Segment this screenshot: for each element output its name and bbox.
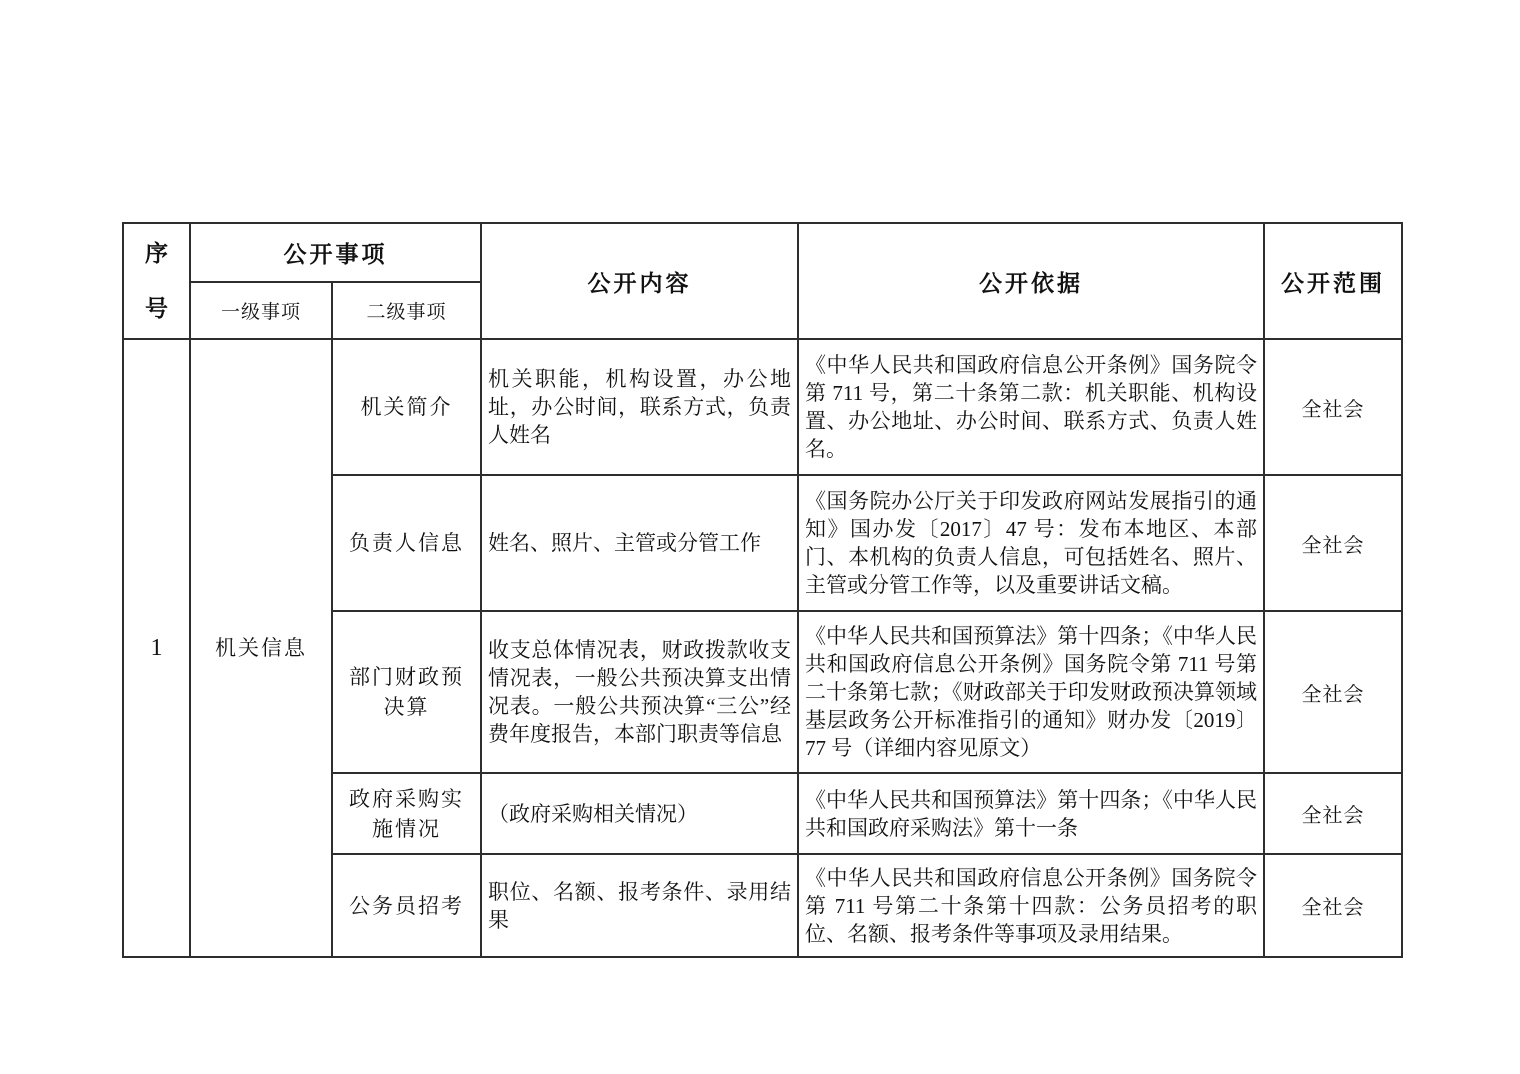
level2-item-cell: 负责人信息 — [332, 475, 481, 611]
level2-item-cell: 机关简介 — [332, 339, 481, 475]
content-cell: 机关职能，机构设置，办公地址，办公时间，联系方式，负责人姓名 — [481, 339, 798, 475]
header-level2: 二级事项 — [332, 282, 481, 340]
content-cell: 职位、名额、报考条件、录用结果 — [481, 854, 798, 957]
header-content: 公开内容 — [481, 223, 798, 339]
header-serial-no: 序号 — [123, 223, 190, 339]
scope-cell: 全社会 — [1264, 475, 1402, 611]
level2-item-cell: 部门财政预决算 — [332, 611, 481, 773]
content-cell: 收支总体情况表，财政拨款收支情况表，一般公共预决算支出情况表。一般公共预决算“三… — [481, 611, 798, 773]
header-basis: 公开依据 — [798, 223, 1264, 339]
disclosure-table: 序号 公开事项 公开内容 公开依据 公开范围 一级事项 二级事项 1 机关信息 … — [122, 222, 1403, 958]
scope-cell: 全社会 — [1264, 611, 1402, 773]
basis-cell: 《中华人民共和国政府信息公开条例》国务院令第 711 号第二十条第十四款：公务员… — [798, 854, 1264, 957]
header-serial-no-label: 序号 — [143, 226, 169, 336]
serial-number-cell: 1 — [123, 339, 190, 957]
scope-cell: 全社会 — [1264, 339, 1402, 475]
basis-cell: 《中华人民共和国预算法》第十四条；《中华人民共和国政府采购法》第十一条 — [798, 773, 1264, 854]
header-scope: 公开范围 — [1264, 223, 1402, 339]
level2-item-cell: 政府采购实施情况 — [332, 773, 481, 854]
header-row-main: 序号 公开事项 公开内容 公开依据 公开范围 — [123, 223, 1402, 282]
content-cell: 姓名、照片、主管或分管工作 — [481, 475, 798, 611]
basis-cell: 《中华人民共和国预算法》第十四条；《中华人民共和国政府信息公开条例》国务院令第 … — [798, 611, 1264, 773]
level1-item-cell: 机关信息 — [190, 339, 332, 957]
document-page: 序号 公开事项 公开内容 公开依据 公开范围 一级事项 二级事项 1 机关信息 … — [0, 0, 1520, 1074]
content-cell: （政府采购相关情况） — [481, 773, 798, 854]
level2-item-cell: 公务员招考 — [332, 854, 481, 957]
header-level1: 一级事项 — [190, 282, 332, 340]
header-disclosure-items: 公开事项 — [190, 223, 481, 282]
scope-cell: 全社会 — [1264, 854, 1402, 957]
table-row: 1 机关信息 机关简介 机关职能，机构设置，办公地址，办公时间，联系方式，负责人… — [123, 339, 1402, 475]
scope-cell: 全社会 — [1264, 773, 1402, 854]
basis-cell: 《国务院办公厅关于印发政府网站发展指引的通知》国办发〔2017〕47 号：发布本… — [798, 475, 1264, 611]
basis-cell: 《中华人民共和国政府信息公开条例》国务院令第 711 号，第二十条第二款：机关职… — [798, 339, 1264, 475]
